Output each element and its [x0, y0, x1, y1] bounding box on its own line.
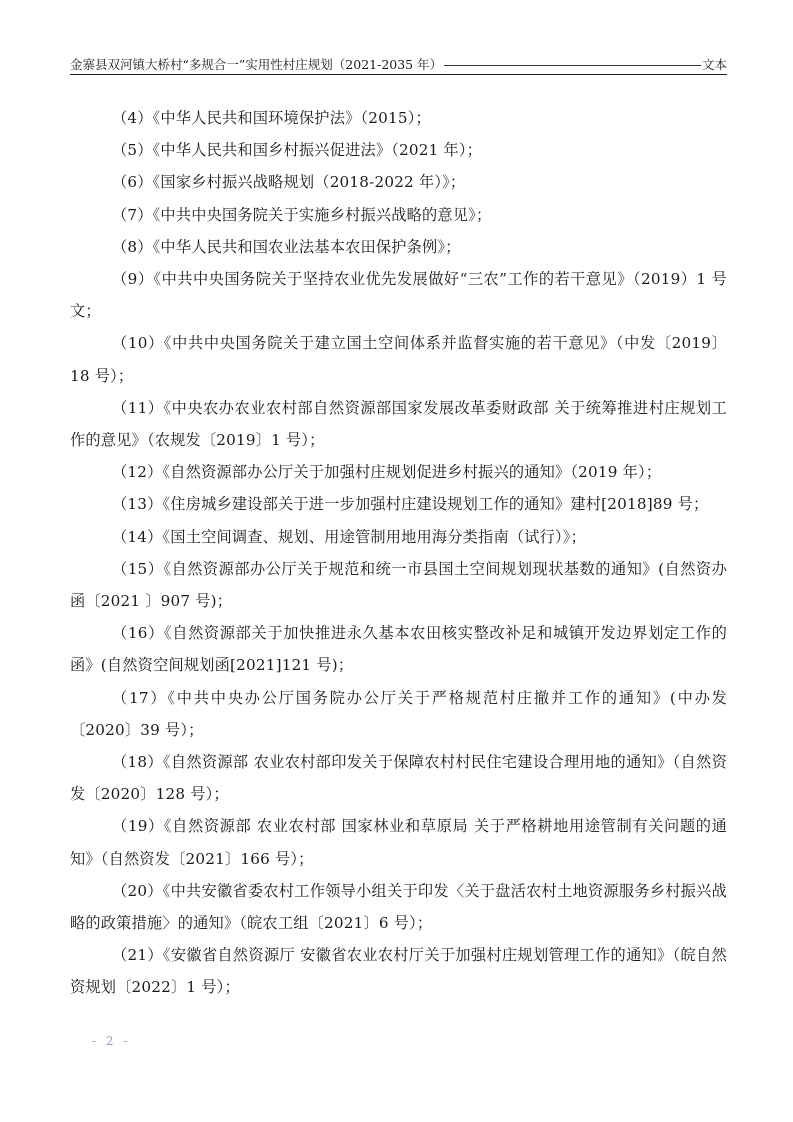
reference-item: （12）《自然资源部办公厅关于加强村庄规划促进乡村振兴的通知》（2019 年）； [70, 456, 727, 488]
reference-item: （19）《自然资源部 农业农村部 国家林业和草原局 关于严格耕地用途管制有关问题… [70, 810, 727, 874]
reference-number: （13） [112, 495, 163, 513]
reference-item: （8）《中华人民共和国农业法基本农田保护条例》； [70, 231, 727, 263]
header-title: 金寨县双河镇大桥村“多规合一”实用性村庄规划（2021-2035 年） [70, 56, 442, 74]
reference-item: （6）《国家乡村振兴战略规划（2018-2022 年）》； [70, 166, 727, 198]
page-number: - 2 - [92, 1034, 130, 1048]
reference-number: （19） [112, 817, 164, 835]
reference-number: （18） [112, 753, 163, 771]
reference-text: 《自然资源部办公厅关于加强村庄规划促进乡村振兴的通知》（2019 年）； [163, 463, 662, 481]
reference-text: 《中共安徽省委农村工作领导小组关于印发〈关于盘活农村土地资源服务乡村振兴战略的政… [70, 882, 727, 932]
reference-text: 《自然资源部 农业农村部印发关于保障农村村民住宅建设合理用地的通知》（自然资发〔… [70, 753, 727, 803]
reference-text: 《中华人民共和国农业法基本农田保护条例》； [153, 238, 461, 256]
reference-text: 《安徽省自然资源厅 安徽省农业农村厅关于加强村庄规划管理工作的通知》（皖自然资规… [70, 946, 727, 996]
reference-text: 《中共中央办公厅国务院办公厅关于严格规范村庄撤并工作的通知》(中办发〔2020〕… [70, 689, 727, 739]
reference-number: （14） [112, 528, 163, 546]
reference-number: （11） [112, 399, 164, 417]
reference-text: 《中华人民共和国乡村振兴促进法》（2021 年）； [153, 141, 482, 159]
reference-text: 《中共中央国务院关于建立国土空间体系并监督实施的若干意见》（中发〔2019〕18… [70, 334, 727, 384]
reference-item: （15）《自然资源部办公厅关于规范和统一市县国土空间规划现状基数的通知》(自然资… [70, 553, 727, 617]
header-doc-type: 文本 [702, 56, 727, 74]
reference-item: （21）《安徽省自然资源厅 安徽省农业农村厅关于加强村庄规划管理工作的通知》（皖… [70, 939, 727, 1003]
reference-number: （5） [112, 141, 153, 159]
reference-number: （4） [112, 109, 153, 127]
reference-number: （12） [112, 463, 163, 481]
reference-item: （20）《中共安徽省委农村工作领导小组关于印发〈关于盘活农村土地资源服务乡村振兴… [70, 875, 727, 939]
reference-number: （21） [112, 946, 163, 964]
reference-text: 《中共中央国务院关于实施乡村振兴战略的意见》； [153, 206, 492, 224]
reference-item: （14）《国土空间调查、规划、用途管制用地用海分类指南（试行）》； [70, 521, 727, 553]
reference-number: （7） [112, 206, 153, 224]
reference-text: 《自然资源部 农业农村部 国家林业和草原局 关于严格耕地用途管制有关问题的通知》… [70, 817, 727, 867]
reference-item: （13）《住房城乡建设部关于进一步加强村庄建设规划工作的通知》建村[2018]8… [70, 488, 727, 520]
reference-item: （17）《中共中央办公厅国务院办公厅关于严格规范村庄撤并工作的通知》(中办发〔2… [70, 682, 727, 746]
reference-number: （15） [112, 560, 163, 578]
reference-item: （4）《中华人民共和国环境保护法》（2015）； [70, 102, 727, 134]
reference-text: 《自然资源部办公厅关于规范和统一市县国土空间规划现状基数的通知》(自然资办函〔2… [70, 560, 727, 610]
reference-item: （16）《自然资源部关于加快推进永久基本农田核实整改补足和城镇开发边界划定工作的… [70, 617, 727, 681]
reference-item: （10）《中共中央国务院关于建立国土空间体系并监督实施的若干意见》（中发〔201… [70, 327, 727, 391]
reference-number: （20） [112, 882, 163, 900]
reference-number: （10） [112, 334, 164, 352]
reference-text: 《国土空间调查、规划、用途管制用地用海分类指南（试行）》； [163, 528, 586, 546]
reference-item: （5）《中华人民共和国乡村振兴促进法》（2021 年）； [70, 134, 727, 166]
reference-number: （9） [112, 270, 154, 288]
reference-text: 《中共中央国务院关于坚持农业优先发展做好“三农”工作的若干意见》（2019）1 … [70, 270, 727, 320]
reference-text: 《住房城乡建设部关于进一步加强村庄建设规划工作的通知》建村[2018]89 号； [163, 495, 709, 513]
reference-text: 《中华人民共和国环境保护法》（2015）； [153, 109, 431, 127]
reference-item: （9）《中共中央国务院关于坚持农业优先发展做好“三农”工作的若干意见》（2019… [70, 263, 727, 327]
reference-list: （4）《中华人民共和国环境保护法》（2015）； （5）《中华人民共和国乡村振兴… [70, 102, 727, 1004]
reference-text: 《国家乡村振兴战略规划（2018-2022 年）》； [153, 173, 466, 191]
reference-item: （18）《自然资源部 农业农村部印发关于保障农村村民住宅建设合理用地的通知》（自… [70, 746, 727, 810]
running-header: 金寨县双河镇大桥村“多规合一”实用性村庄规划（2021-2035 年） 文本 [70, 56, 727, 75]
reference-number: （16） [112, 624, 164, 642]
reference-number: （6） [112, 173, 153, 191]
reference-item: （11）《中央农办农业农村部自然资源部国家发展改革委财政部 关于统筹推进村庄规划… [70, 392, 727, 456]
header-dash-leader [444, 65, 701, 66]
reference-text: 《中央农办农业农村部自然资源部国家发展改革委财政部 关于统筹推进村庄规划工作的意… [70, 399, 727, 449]
reference-number: （8） [112, 238, 153, 256]
reference-text: 《自然资源部关于加快推进永久基本农田核实整改补足和城镇开发边界划定工作的函》(自… [70, 624, 727, 674]
reference-item: （7）《中共中央国务院关于实施乡村振兴战略的意见》； [70, 199, 727, 231]
reference-number: （17） [112, 689, 167, 707]
